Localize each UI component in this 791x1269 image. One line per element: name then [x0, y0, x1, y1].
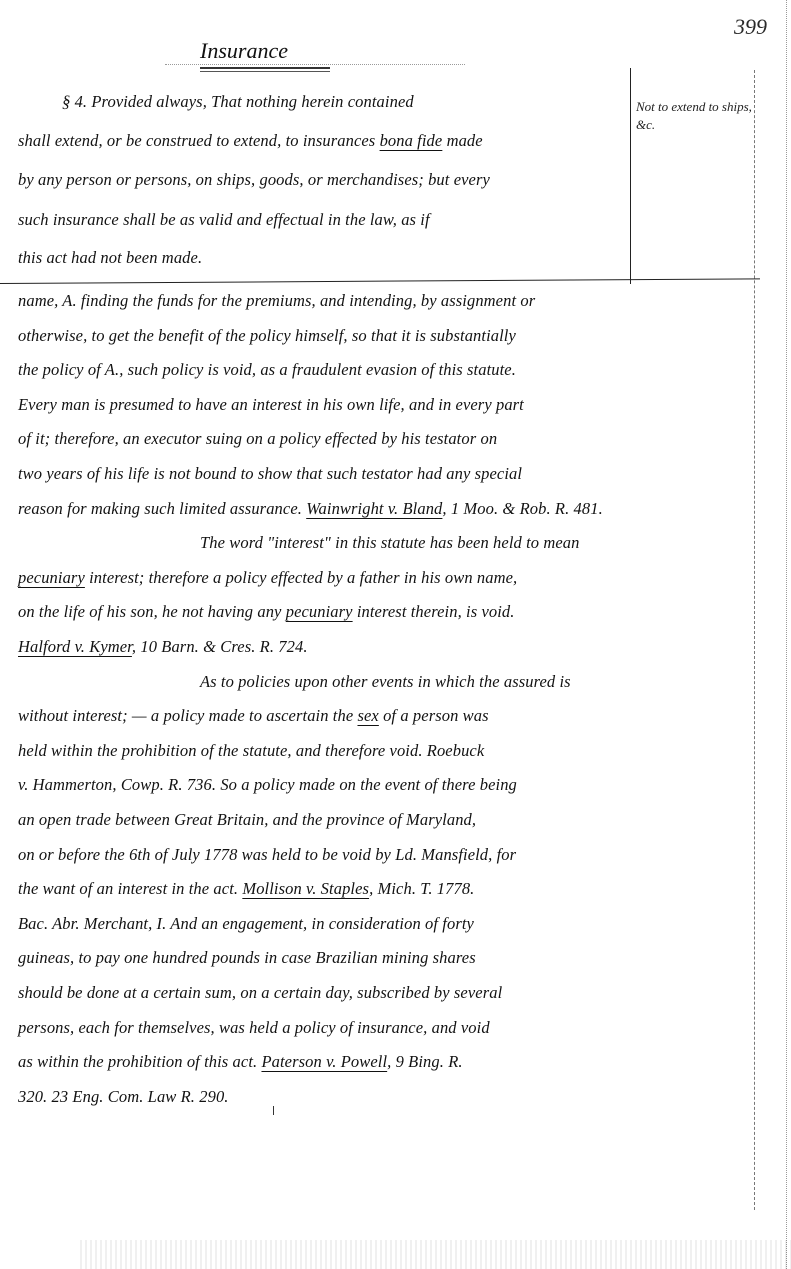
text-line: 320. 23 Eng. Com. Law R. 290.	[18, 1087, 229, 1107]
text-line: this act had not been made.	[18, 248, 202, 268]
manuscript-page: 399 Insurance Not to extend to ships, &c…	[0, 0, 791, 1269]
text-line: reason for making such limited assurance…	[18, 499, 603, 519]
text-line: shall extend, or be construed to extend,…	[18, 131, 483, 151]
text-line: on the life of his son, he not having an…	[18, 602, 514, 622]
text-line: by any person or persons, on ships, good…	[18, 170, 490, 190]
section-divider	[0, 278, 760, 284]
text-line: As to policies upon other events in whic…	[200, 672, 571, 692]
text-line: otherwise, to get the benefit of the pol…	[18, 326, 516, 346]
text-line: § 4. Provided always, That nothing herei…	[62, 92, 414, 112]
page-heading: Insurance	[200, 38, 288, 64]
text-line: an open trade between Great Britain, and…	[18, 810, 476, 830]
text-line: held within the prohibition of the statu…	[18, 741, 484, 761]
heading-rule	[165, 64, 465, 65]
text-line: Bac. Abr. Merchant, I. And an engagement…	[18, 914, 474, 934]
text-line: Halford v. Kymer, 10 Barn. & Cres. R. 72…	[18, 637, 308, 657]
text-line: without interest; — a policy made to asc…	[18, 706, 489, 726]
text-line: The word "interest" in this statute has …	[200, 533, 579, 553]
page-number: 399	[734, 14, 767, 40]
scan-noise	[80, 1240, 791, 1269]
margin-rule	[630, 68, 631, 284]
margin-note: Not to extend to ships, &c.	[636, 98, 754, 134]
text-line: of it; therefore, an executor suing on a…	[18, 429, 497, 449]
text-line: v. Hammerton, Cowp. R. 736. So a policy …	[18, 775, 517, 795]
text-line: guineas, to pay one hundred pounds in ca…	[18, 948, 476, 968]
page-edge	[786, 0, 787, 1269]
text-line: the policy of A., such policy is void, a…	[18, 360, 516, 380]
text-line: two years of his life is not bound to sh…	[18, 464, 522, 484]
text-line: Every man is presumed to have an interes…	[18, 395, 524, 415]
text-line: as within the prohibition of this act. P…	[18, 1052, 463, 1072]
ink-mark	[273, 1106, 274, 1115]
text-line: should be done at a certain sum, on a ce…	[18, 983, 502, 1003]
text-line: such insurance shall be as valid and eff…	[18, 210, 430, 230]
text-line: pecuniary interest; therefore a policy e…	[18, 568, 517, 588]
heading-underline	[200, 67, 330, 69]
text-line: on or before the 6th of July 1778 was he…	[18, 845, 516, 865]
text-line: the want of an interest in the act. Moll…	[18, 879, 474, 899]
text-line: persons, each for themselves, was held a…	[18, 1018, 490, 1038]
heading-underline	[200, 71, 330, 72]
margin-rule	[754, 70, 755, 1210]
text-line: name, A. finding the funds for the premi…	[18, 291, 535, 311]
